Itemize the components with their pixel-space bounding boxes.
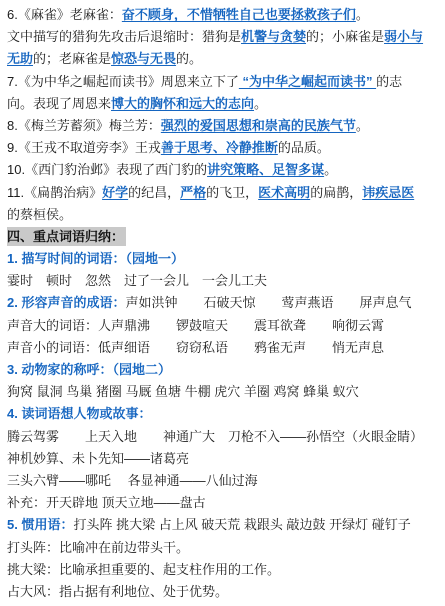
text-run: 打头阵 挑大梁 占上风 破天荒 栽跟头 敲边鼓 开绿灯 碰钉子	[73, 517, 410, 532]
definition-zhandafeng: 占大风：指占据有利地位、处于优势。	[7, 581, 439, 603]
subheading-label: 2. 形容声音的成语：	[7, 295, 125, 310]
subheading-4-figures: 4. 读词语想人物或故事：	[7, 403, 439, 425]
text-run: 挑大梁：比喻承担重要的、起支柱作用的工作。	[7, 562, 280, 577]
text-run: 的飞卫，	[206, 185, 258, 200]
lesson-note-8-meilanfang: 8.《梅兰芳蓄须》梅兰芳：强烈的爱国思想和崇高的民族气节。	[7, 115, 439, 137]
text-run: 神机妙算、未卜先知——诸葛亮	[7, 451, 189, 466]
word-list-time: 霎时 顿时 忽然 过了一会儿 一会儿工夫	[7, 270, 439, 292]
lesson-note-7-line2: 向。表现了周恩来博大的胸怀和远大的志向。	[7, 93, 439, 115]
text-run: 三头六臂——哪吒 各显神通——八仙过海	[7, 473, 258, 488]
text-run: 向。表现了周恩来	[7, 96, 111, 111]
lesson-note-6-maque: 6.《麻雀》老麻雀：奋不顾身，不惜牺牲自己也要拯救孩子们。	[7, 4, 439, 26]
lesson-note-9-wangrong: 9.《王戎不取道旁李》王戎善于思考、冷静推断的品质。	[7, 137, 439, 159]
annotation-underline: 讲究策略、足智多谋	[207, 162, 324, 177]
text-run: 的品质。	[278, 140, 330, 155]
text-run: 7.《为中华之崛起而读书》周恩来立下了	[7, 74, 239, 89]
lesson-note-11-bianque-line2: 的蔡桓侯。	[7, 204, 439, 226]
text-run: 11.《扁鹊治病》	[7, 185, 102, 200]
word-list-nezha-baxian: 三头六臂——哪吒 各显神通——八仙过海	[7, 470, 439, 492]
annotation-underline: 讳疾忌医	[362, 185, 414, 200]
annotation-underline: 惊恐与无畏	[111, 51, 176, 66]
lesson-note-6-line2: 文中描写的猎狗先攻击后退缩时：猎狗是机警与贪婪的；小麻雀是弱小与	[7, 26, 439, 48]
text-run: 的纪昌，	[128, 185, 180, 200]
word-list-loud-sounds: 声音大的词语：人声鼎沸 锣鼓喧天 震耳欲聋 响彻云霄	[7, 315, 439, 337]
subheading-1-time-words: 1. 描写时间的词语：（园地一）	[7, 248, 439, 270]
annotation-underline: 奋不顾身，不惜牺牲自己也要拯救孩子们	[122, 7, 356, 22]
text-run: 9.《王戎不取道旁李》王戎	[7, 140, 161, 155]
text-run: 的志	[376, 74, 402, 89]
annotation-underline: 好学	[102, 185, 128, 200]
text-run: 。	[356, 7, 369, 22]
word-list-quiet-sounds: 声音小的词语：低声细语 窃窃私语 鸦雀无声 悄无声息	[7, 337, 439, 359]
text-run: 占大风：指占据有利地位、处于优势。	[7, 584, 228, 599]
text-run: 6.《麻雀》老麻雀：	[7, 7, 122, 22]
lesson-note-7-line1: 7.《为中华之崛起而读书》周恩来立下了 “为中华之崛起而读书” 的志	[7, 71, 439, 93]
subheading-2-sound-idioms: 2. 形容声音的成语：声如洪钟 石破天惊 莺声燕语 屏声息气	[7, 292, 439, 314]
subheading-label: 1. 描写时间的词语：（园地一）	[7, 251, 184, 266]
text-run: 声音小的词语：低声细语 窃窃私语 鸦雀无声 悄无声息	[7, 340, 384, 355]
annotation-underline: 医术高明	[258, 185, 310, 200]
word-list-animal-homes: 狗窝 鼠洞 鸟巢 猪圈 马厩 鱼塘 牛棚 虎穴 羊圈 鸡窝 蜂巢 蚁穴	[7, 381, 439, 403]
text-run: 8.《梅兰芳蓄须》梅兰芳：	[7, 118, 161, 133]
text-run: 打头阵：比喻冲在前边带头干。	[7, 540, 189, 555]
text-run: 10.《西门豹治邺》表现了西门豹的	[7, 162, 207, 177]
text-run: 声如洪钟 石破天惊 莺声燕语 屏声息气	[125, 295, 411, 310]
lesson-note-6-line3: 无助的；老麻雀是惊恐与无畏的。	[7, 48, 439, 70]
definition-datouzhen: 打头阵：比喻冲在前边带头干。	[7, 537, 439, 559]
text-run: 的；小麻雀是	[306, 29, 384, 44]
subheading-3-animal-homes: 3. 动物家的称呼：（园地二）	[7, 359, 439, 381]
word-list-zhugeliang: 神机妙算、未卜先知——诸葛亮	[7, 448, 439, 470]
definition-tiaodaliang: 挑大梁：比喻承担重要的、起支柱作用的工作。	[7, 559, 439, 581]
annotation-underline: 无助	[7, 51, 33, 66]
subheading-label: 4. 读词语想人物或故事：	[7, 406, 151, 421]
annotation-underline: “为中华之崛起而读书”	[239, 74, 376, 89]
annotation-underline: 机警与贪婪	[241, 29, 306, 44]
section-4-heading: 四、重点词语归纳：	[7, 226, 439, 248]
text-run: 的。	[176, 51, 202, 66]
section-heading-label: 四、重点词语归纳：	[7, 227, 126, 246]
study-notes-document: 6.《麻雀》老麻雀：奋不顾身，不惜牺牲自己也要拯救孩子们。文中描写的猎狗先攻击后…	[0, 0, 445, 603]
word-list-sunwukong: 腾云驾雾 上天入地 神通广大 刀枪不入——孙悟空（火眼金睛）	[7, 426, 439, 448]
lesson-note-10-ximenbao: 10.《西门豹治邺》表现了西门豹的讲究策略、足智多谋。	[7, 159, 439, 181]
subheading-label: 3. 动物家的称呼：（园地二）	[7, 362, 171, 377]
text-run: 腾云驾雾 上天入地 神通广大 刀枪不入——孙悟空（火眼金睛）	[7, 429, 423, 444]
text-run: 声音大的词语：人声鼎沸 锣鼓喧天 震耳欲聋 响彻云霄	[7, 318, 384, 333]
annotation-underline: 弱小与	[384, 29, 423, 44]
text-run: 。	[324, 162, 337, 177]
text-run: 文中描写的猎狗先攻击后退缩时：猎狗是	[7, 29, 241, 44]
lesson-note-11-bianque-line1: 11.《扁鹊治病》好学的纪昌，严格的飞卫，医术高明的扁鹊，讳疾忌医	[7, 182, 439, 204]
text-run: 的；老麻雀是	[33, 51, 111, 66]
subheading-5-idioms: 5. 惯用语：打头阵 挑大梁 占上风 破天荒 栽跟头 敲边鼓 开绿灯 碰钉子	[7, 514, 439, 536]
text-run: 霎时 顿时 忽然 过了一会儿 一会儿工夫	[7, 273, 267, 288]
text-run: 的扁鹊，	[310, 185, 362, 200]
text-run: 补充：开天辟地 顶天立地——盘古	[7, 495, 206, 510]
text-run: 狗窝 鼠洞 鸟巢 猪圈 马厩 鱼塘 牛棚 虎穴 羊圈 鸡窝 蜂巢 蚁穴	[7, 384, 359, 399]
annotation-underline: 严格	[180, 185, 206, 200]
annotation-underline: 强烈的爱国思想和崇高的民族气节	[161, 118, 356, 133]
text-run: 。	[254, 96, 267, 111]
text-run: 。	[356, 118, 369, 133]
word-list-pangu: 补充：开天辟地 顶天立地——盘古	[7, 492, 439, 514]
text-run: 的蔡桓侯。	[7, 207, 72, 222]
subheading-label: 5. 惯用语：	[7, 517, 73, 532]
annotation-underline: 博大的胸怀和远大的志向	[111, 96, 254, 111]
annotation-underline: 善于思考、冷静推断	[161, 140, 278, 155]
